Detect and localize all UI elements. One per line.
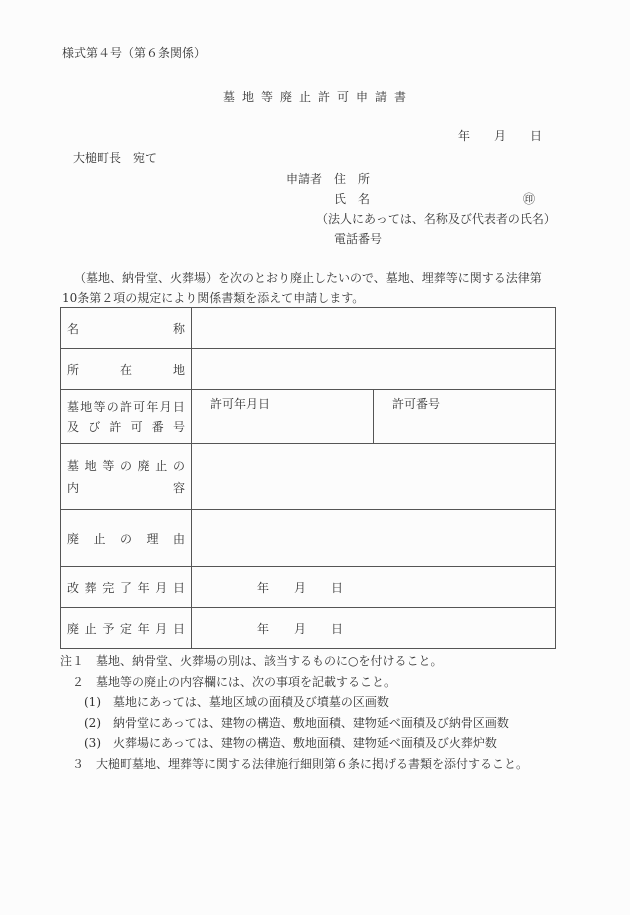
note-1: 注１ 墓地、納骨堂、火葬場の別は、該当するものに○を付けること。: [60, 651, 528, 672]
addressee: 大槌町長 宛て: [73, 149, 157, 166]
note-2: ２ 墓地等の廃止の内容欄には、次の事項を記載すること。: [60, 672, 528, 693]
table-row-abolition-details: 墓地等の廃止の 内容: [61, 444, 556, 510]
application-date: 年月日: [458, 127, 542, 144]
field-permit-number[interactable]: 許可番号: [373, 390, 555, 443]
note-2-item-3: (3) 火葬場にあっては、建物の構造、敷地面積、建物延べ面積及び火葬炉数: [60, 733, 528, 754]
address-label: 住 所: [334, 172, 370, 186]
seal-icon: ㊞: [523, 190, 535, 207]
table-row-scheduled-date: 廃止予定年月日 年月日: [61, 608, 556, 649]
document-title: 墓地等廃止許可申請書: [0, 88, 630, 105]
table-row-name: 名称: [61, 308, 556, 349]
label-abolition-details: 墓地等の廃止の 内容: [61, 444, 192, 510]
field-scheduled-date[interactable]: 年月日: [192, 608, 556, 649]
field-reburial-date[interactable]: 年月日: [192, 567, 556, 608]
label-permit: 墓地等の許可年月日 及び許可番号: [61, 390, 192, 444]
field-abolition-details[interactable]: [192, 444, 556, 510]
date-year: 年: [458, 127, 494, 144]
note-2-item-1: (1) 墓地にあっては、墓地区域の面積及び墳墓の区画数: [60, 692, 528, 713]
permit-fields: 許可年月日 許可番号: [192, 390, 556, 444]
date-day: 日: [530, 127, 542, 144]
field-name[interactable]: [192, 308, 556, 349]
field-location[interactable]: [192, 349, 556, 390]
notes-section: 注１ 墓地、納骨堂、火葬場の別は、該当するものに○を付けること。 ２ 墓地等の廃…: [60, 651, 528, 774]
label-location: 所在地: [61, 349, 192, 390]
label-name: 名称: [61, 308, 192, 349]
note-3: ３ 大槌町墓地、埋葬等に関する法律施行細則第６条に掲げる書類を添付すること。: [60, 754, 528, 775]
label-reason: 廃止の理由: [61, 510, 192, 567]
phone-label: 電話番号: [334, 230, 382, 247]
field-permit-date[interactable]: 許可年月日: [192, 390, 373, 443]
name-label: 氏 名: [334, 190, 370, 207]
table-row-permit: 墓地等の許可年月日 及び許可番号 許可年月日 許可番号: [61, 390, 556, 444]
date-month: 月: [494, 127, 530, 144]
table-row-reason: 廃止の理由: [61, 510, 556, 567]
field-reason[interactable]: [192, 510, 556, 567]
applicant-label: 申請者: [286, 172, 322, 186]
applicant-address-row: 申請者住 所: [286, 170, 370, 187]
permit-number-label: 許可番号: [392, 397, 440, 411]
form-number: 様式第４号（第６条関係）: [62, 44, 206, 61]
note-2-item-2: (2) 納骨堂にあっては、建物の構造、敷地面積、建物延べ面積及び納骨区画数: [60, 713, 528, 734]
table-row-location: 所在地: [61, 349, 556, 390]
label-reburial-date: 改葬完了年月日: [61, 567, 192, 608]
table-row-reburial-date: 改葬完了年月日 年月日: [61, 567, 556, 608]
application-table: 名称 所在地 墓地等の許可年月日 及び許可番号 許可年月日 許可番号 墓地: [60, 307, 556, 649]
corporate-note: （法人にあっては、名称及び代表者の氏名）: [316, 210, 556, 227]
intro-paragraph: （墓地、納骨堂、火葬場）を次のとおり廃止したいので、墓地、埋葬等に関する法律第1…: [62, 268, 554, 308]
permit-date-label: 許可年月日: [210, 397, 270, 411]
label-scheduled-date: 廃止予定年月日: [61, 608, 192, 649]
